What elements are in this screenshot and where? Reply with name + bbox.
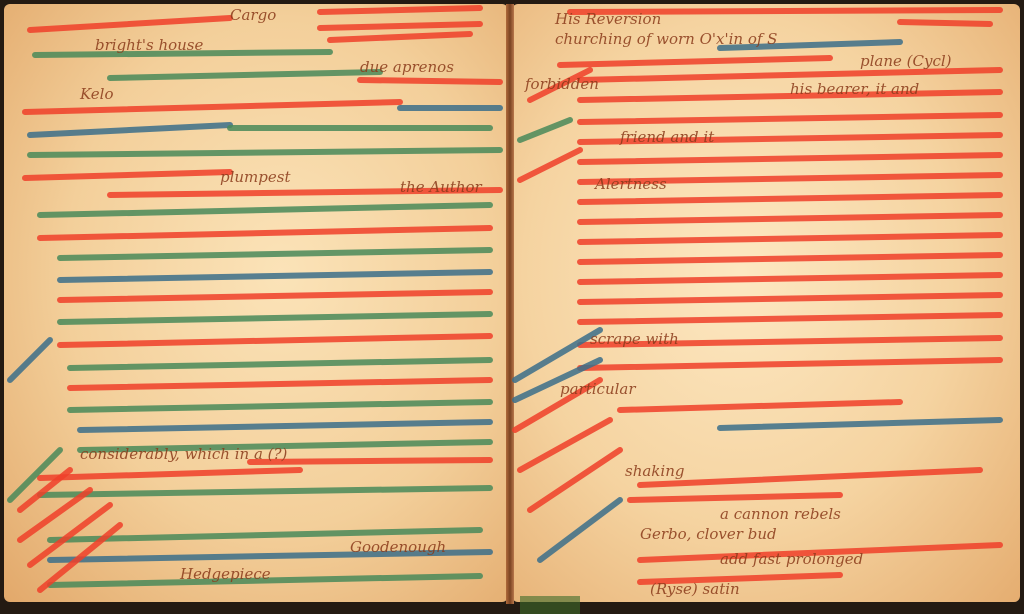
- handwriting-fragment: Hedgepiece: [180, 565, 271, 583]
- handwriting-fragment: churching of worn O'x'in of S: [555, 30, 777, 48]
- handwriting-fragment: plumpest: [220, 168, 291, 186]
- handwriting-fragment: due aprenos: [360, 58, 454, 76]
- handwriting-fragment: Kelo: [80, 85, 114, 103]
- handwriting-fragment: bright's house: [95, 36, 203, 54]
- handwriting-fragment: (Ryse) satin: [650, 580, 740, 598]
- handwriting-fragment: Alertness: [595, 175, 667, 193]
- handwriting-fragment: scrape with: [590, 330, 679, 348]
- handwriting-fragment: friend and it: [620, 128, 714, 146]
- handwriting-fragment: forbidden: [525, 75, 599, 93]
- handwriting-fragment: shaking: [625, 462, 684, 480]
- handwriting-fragment: add fast prolonged: [720, 550, 863, 568]
- handwriting-fragment: considerably, which in a (?): [80, 445, 287, 463]
- handwriting-fragment: the Author: [400, 178, 482, 196]
- handwriting-fragment: plane (Cycl): [860, 52, 952, 70]
- handwriting-fragment: Gerbo, clover bud: [640, 525, 777, 543]
- handwriting-fragment: Cargo: [230, 6, 276, 24]
- handwriting-fragment: Goodenough: [350, 538, 446, 556]
- bottom-green-reflection: [520, 596, 580, 614]
- handwriting-fragment: His Reversion: [555, 10, 661, 28]
- handwriting-fragment: his bearer, it and: [790, 80, 919, 98]
- handwriting-fragment: a cannon rebels: [720, 505, 841, 523]
- notebook-photo: Cargo bright's house Kelo due aprenos th…: [0, 0, 1024, 614]
- handwriting-fragment: particular: [560, 380, 636, 398]
